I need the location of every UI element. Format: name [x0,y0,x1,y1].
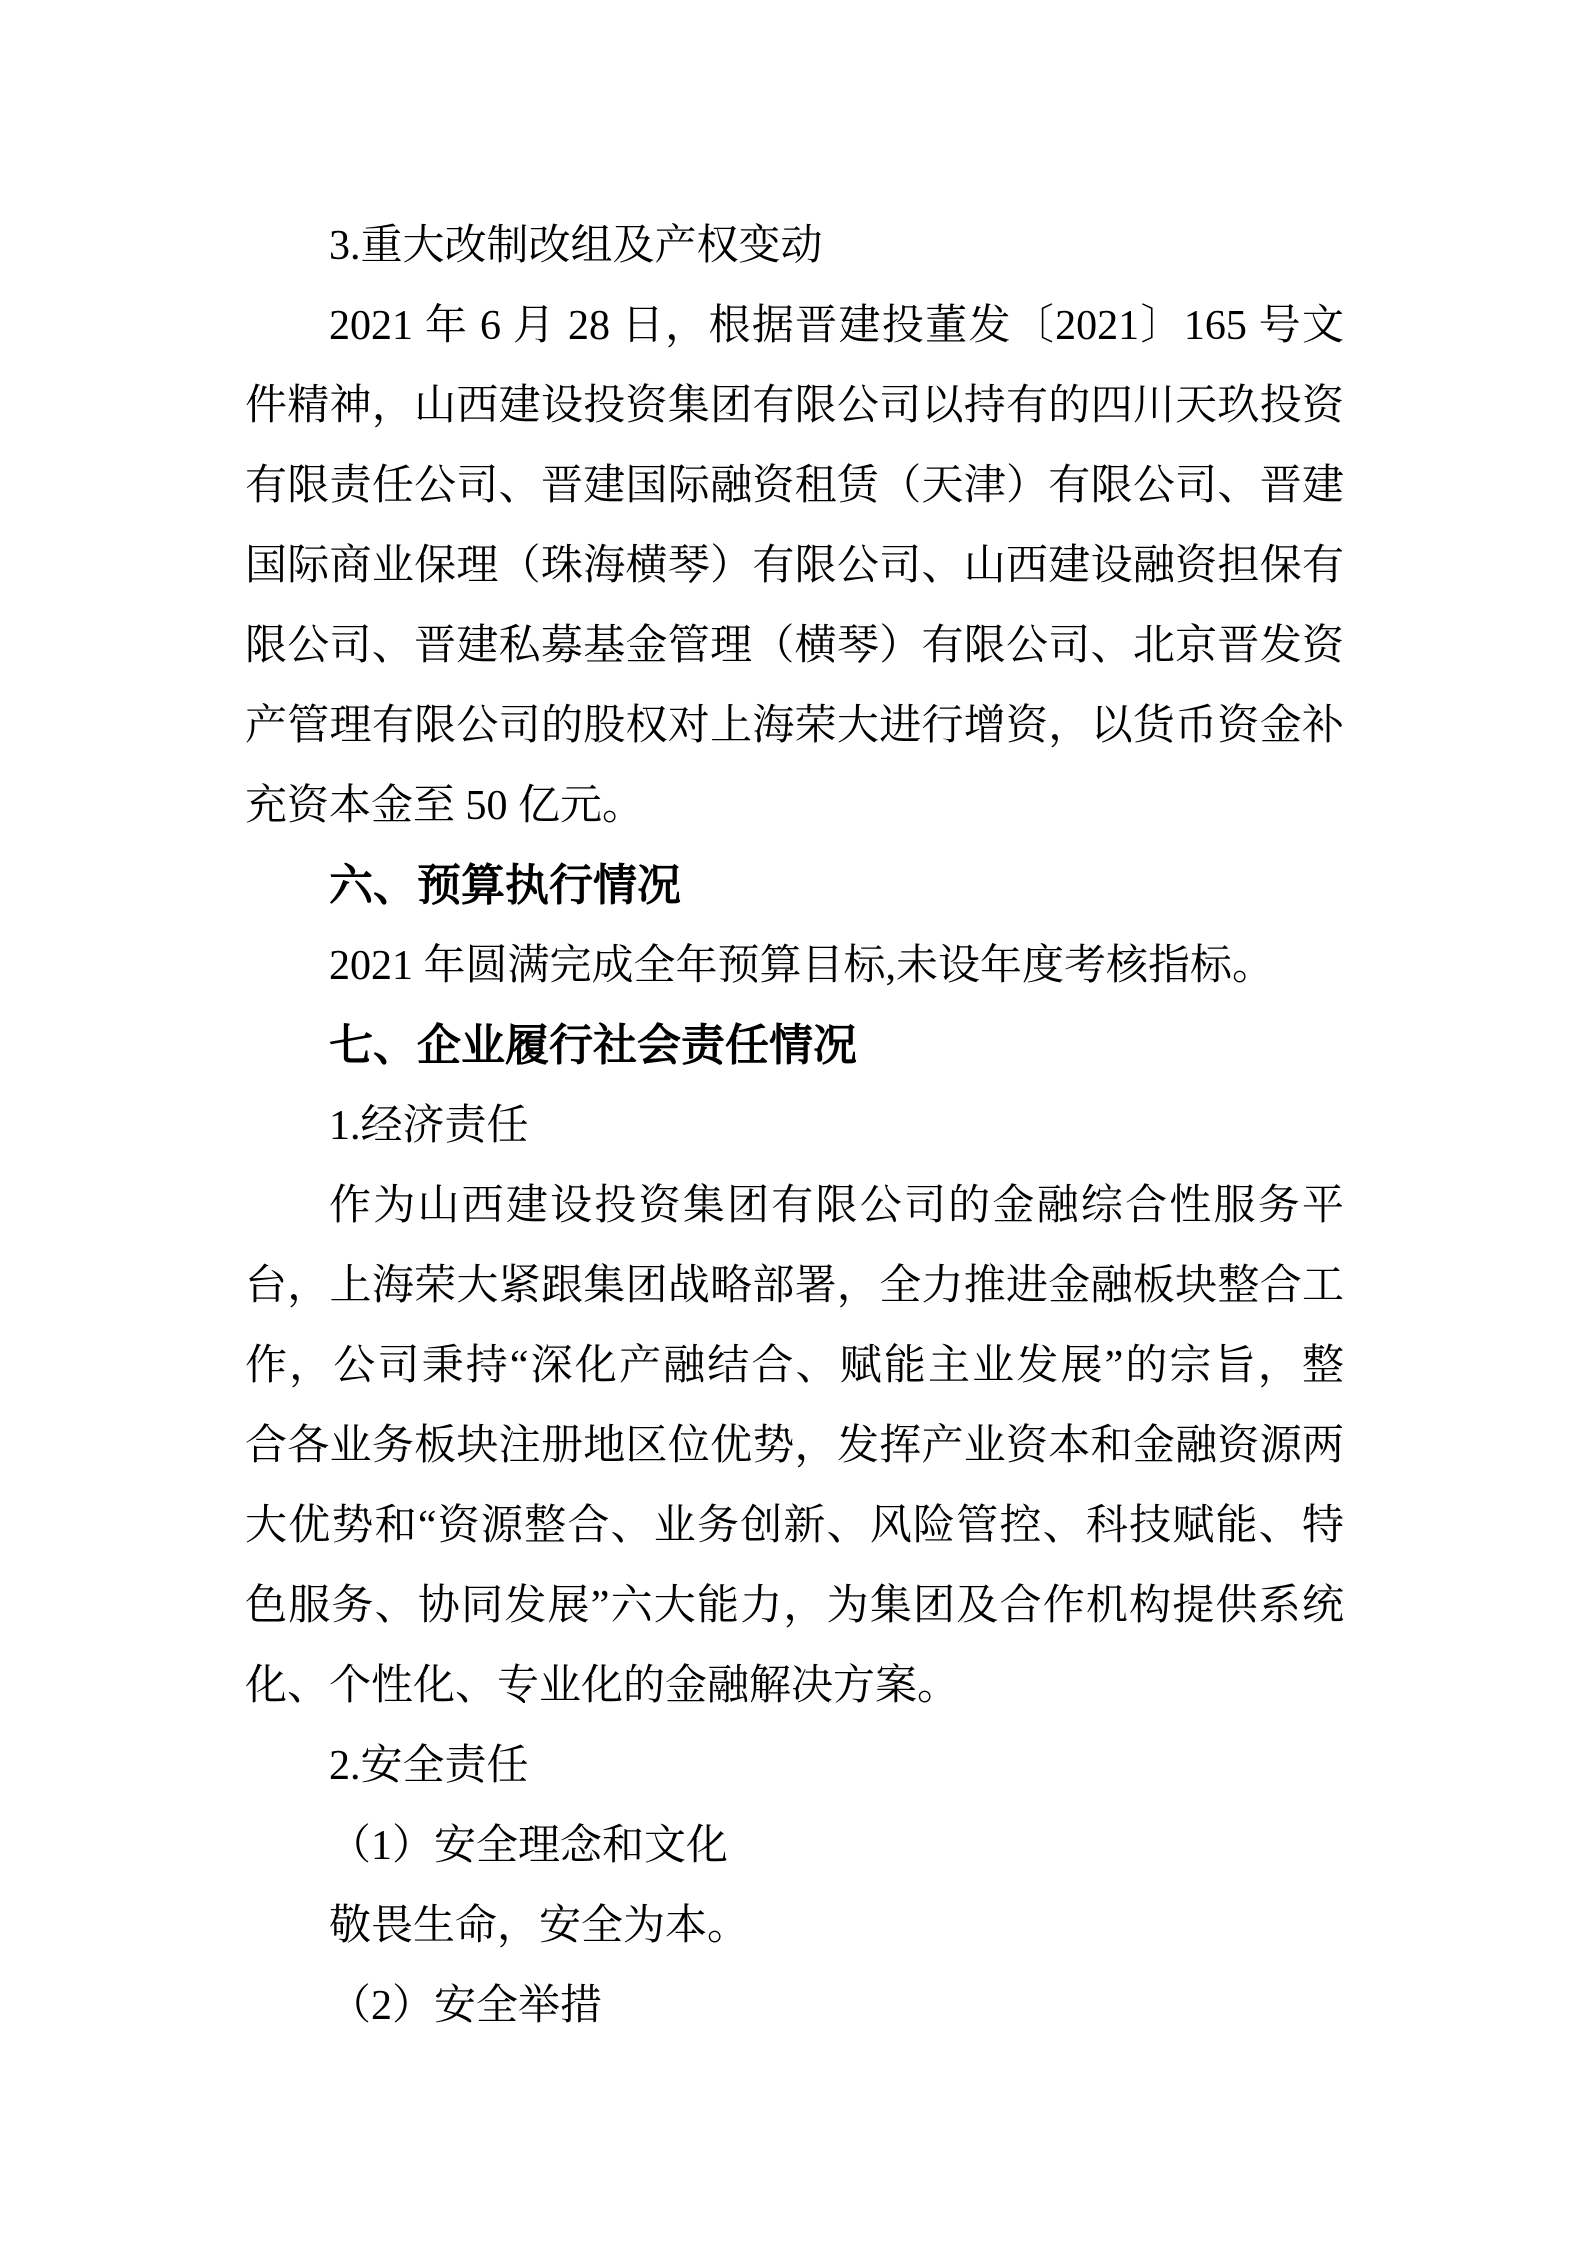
section-heading-budget: 六、预算执行情况 [245,846,1344,926]
text-line: 台，上海荣大紧跟集团战略部署，全力推进金融板块整合工 [245,1246,1344,1326]
subheading-safety-measures: （2）安全举措 [245,1966,1344,2046]
text-line: 合各业务板块注册地区位优势，发挥产业资本和金融资源两 [245,1406,1344,1486]
text-line: 国际商业保理（珠海横琴）有限公司、山西建设融资担保有 [245,526,1344,606]
text-line: 大优势和“资源整合、业务创新、风险管控、科技赋能、特 [245,1486,1344,1566]
text-line: 敬畏生命，安全为本。 [245,1886,1344,1966]
subheading-safety-culture: （1）安全理念和文化 [245,1806,1344,1886]
text-line: 化、个性化、专业化的金融解决方案。 [245,1646,1344,1726]
text-line: 限公司、晋建私募基金管理（横琴）有限公司、北京晋发资 [245,606,1344,686]
section-heading-csr: 七、企业履行社会责任情况 [245,1006,1344,1086]
subheading-safety: 2.安全责任 [245,1726,1344,1806]
text-line: 产管理有限公司的股权对上海荣大进行增资，以货币资金补 [245,686,1344,766]
text-line: 作，公司秉持“深化产融结合、赋能主业发展”的宗旨，整 [245,1326,1344,1406]
subheading-economic: 1.经济责任 [245,1086,1344,1166]
text-line: 有限责任公司、晋建国际融资租赁（天津）有限公司、晋建 [245,446,1344,526]
text-line: 2021 年 6 月 28 日，根据晋建投董发〔2021〕165 号文 [245,286,1344,366]
document-text-block: 3.重大改制改组及产权变动 2021 年 6 月 28 日，根据晋建投董发〔20… [245,206,1344,2046]
text-line: 作为山西建设投资集团有限公司的金融综合性服务平 [245,1166,1344,1246]
text-line: 件精神，山西建设投资集团有限公司以持有的四川天玖投资 [245,366,1344,446]
document-page: 3.重大改制改组及产权变动 2021 年 6 月 28 日，根据晋建投董发〔20… [0,0,1587,2245]
text-line: 充资本金至 50 亿元。 [245,766,1344,846]
text-line: 色服务、协同发展”六大能力，为集团及合作机构提供系统 [245,1566,1344,1646]
subheading-restructuring: 3.重大改制改组及产权变动 [245,206,1344,286]
text-line: 2021 年圆满完成全年预算目标,未设年度考核指标。 [245,926,1344,1006]
